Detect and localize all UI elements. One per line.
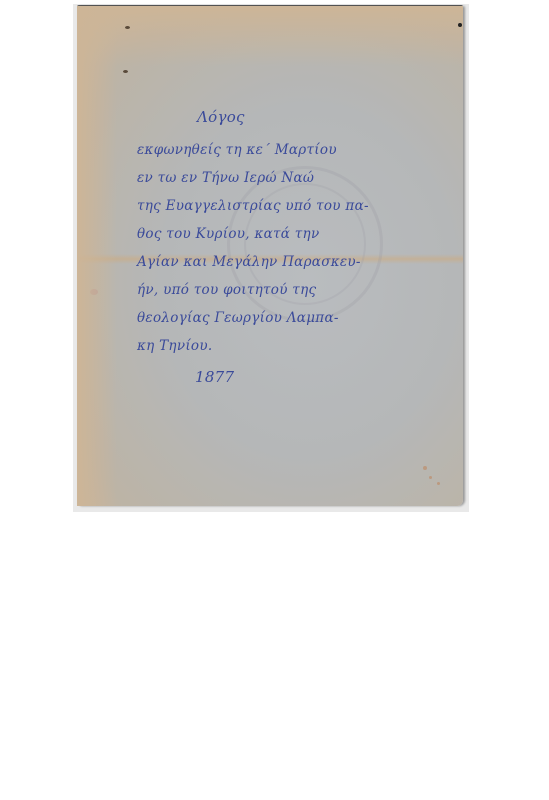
text-line-5: Αγίαν και Μεγάλην Παρασκευ- [137,254,361,270]
scanned-document: Λόγος εκφωνηθείς τη κε΄ Μαρτίου εν τω εν… [73,4,469,512]
aged-paper-sheet: Λόγος εκφωνηθείς τη κε΄ Μαρτίου εν τω εν… [77,6,463,506]
paper-blemish [458,23,462,27]
paper-blemish [123,70,128,73]
text-line-7: θεολογίας Γεωργίου Λαμπα- [137,310,339,326]
rust-stain [90,289,98,295]
rust-stain [437,482,440,485]
text-line-6: ήν, υπό του φοιτητού της [137,282,316,298]
text-line-3: της Ευαγγελιστρίας υπό του πα- [137,198,369,214]
document-year: 1877 [195,368,234,386]
text-line-1: εκφωνηθείς τη κε΄ Μαρτίου [137,142,337,158]
text-line-8: κη Τηνίου. [137,338,212,354]
paper-blemish [125,26,130,29]
document-title: Λόγος [197,108,245,126]
rust-stain [429,476,432,479]
faded-circular-stamp [227,166,383,322]
text-line-4: θος του Κυρίου, κατά την [137,226,319,242]
rust-stain [423,466,427,470]
text-line-2: εν τω εν Τήνω Ιερώ Ναώ [137,170,314,186]
